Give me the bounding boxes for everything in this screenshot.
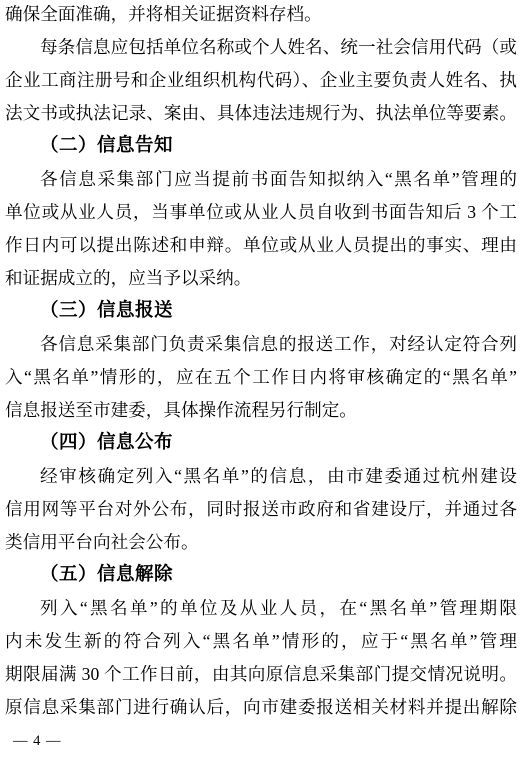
text-line: 信用网等平台对外公布，同时报送市政府和省建设厅，并通过各 xyxy=(5,493,517,526)
section-heading: （二）信息告知 xyxy=(5,130,517,163)
section-heading: （三）信息报送 xyxy=(5,295,517,328)
text-line: 类信用平台向社会公布。 xyxy=(5,526,517,559)
text-line: 内未发生新的符合列入“黑名单”情形的，应于“黑名单”管理 xyxy=(5,625,517,658)
text-line: 期限届满 30 个工作日前，由其向原信息采集部门提交情况说明。 xyxy=(5,658,517,691)
text-line: 各信息采集部门应当提前书面告知拟纳入“黑名单”管理的 xyxy=(5,163,517,196)
page-number: — 4 — xyxy=(0,731,523,751)
text-line: 每条信息应包括单位名称或个人姓名、统一社会信用代码（或 xyxy=(5,31,517,64)
text-line: 和证据成立的，应当予以采纳。 xyxy=(5,262,517,295)
text-line: 法文书或执法记录、案由、具体违法违规行为、执法单位等要素。 xyxy=(5,97,517,130)
text-line: 信息报送至市建委，具体操作流程另行制定。 xyxy=(5,394,517,427)
text-line: 确保全面准确，并将相关证据资料存档。 xyxy=(5,0,517,31)
text-line: 列入“黑名单”的单位及从业人员，在“黑名单”管理期限 xyxy=(5,592,517,625)
text-line: 经审核确定列入“黑名单”的信息，由市建委通过杭州建设 xyxy=(5,460,517,493)
text-line: 单位或从业人员，当事单位或从业人员自收到书面告知后 3 个工 xyxy=(5,196,517,229)
document-lines: 确保全面准确，并将相关证据资料存档。每条信息应包括单位名称或个人姓名、统一社会信… xyxy=(0,0,523,724)
section-heading: （五）信息解除 xyxy=(5,559,517,592)
document-page: 确保全面准确，并将相关证据资料存档。每条信息应包括单位名称或个人姓名、统一社会信… xyxy=(0,0,523,755)
text-line: 企业工商注册号和企业组织机构代码）、企业主要负责人姓名、执 xyxy=(5,64,517,97)
text-line: 作日内可以提出陈述和申辩。单位或从业人员提出的事实、理由 xyxy=(5,229,517,262)
text-line: 原信息采集部门进行确认后，向市建委报送相关材料并提出解除 xyxy=(5,691,517,724)
text-line: 入“黑名单”情形的，应在五个工作日内将审核确定的“黑名单” xyxy=(5,361,517,394)
text-line: 各信息采集部门负责采集信息的报送工作，对经认定符合列 xyxy=(5,328,517,361)
section-heading: （四）信息公布 xyxy=(5,427,517,460)
